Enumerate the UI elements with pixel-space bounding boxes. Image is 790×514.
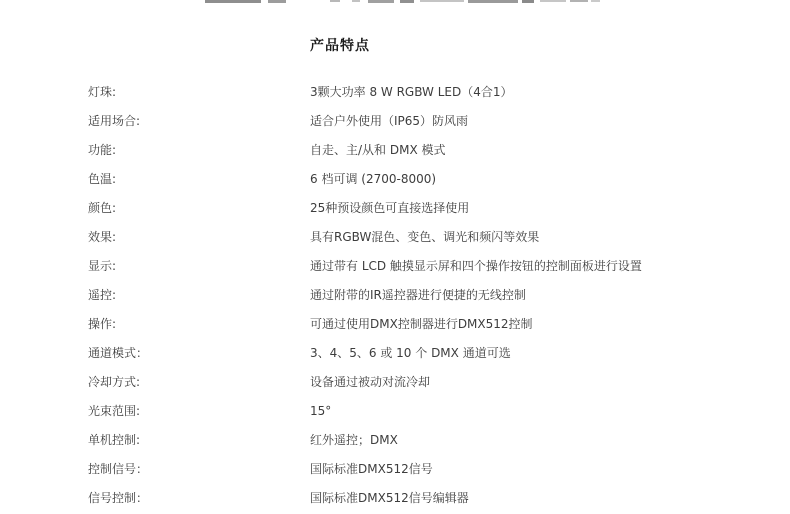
spec-label: 功能: <box>88 141 310 158</box>
spec-label: 颜色: <box>88 199 310 216</box>
text-fragment <box>368 0 394 3</box>
spec-label: 遥控: <box>88 286 310 303</box>
text-fragment <box>330 0 340 2</box>
spec-value: 15° <box>310 404 778 418</box>
text-fragment <box>570 0 588 2</box>
text-fragment <box>400 0 414 3</box>
spec-value: 3、4、5、6 或 10 个 DMX 通道可选 <box>310 344 778 361</box>
spec-value: 25种预设颜色可直接选择使用 <box>310 199 778 216</box>
text-fragment <box>205 0 261 3</box>
spec-value: 自走、主/从和 DMX 模式 <box>310 141 778 158</box>
spec-row-operation: 操作: 可通过使用DMX控制器进行DMX512控制 <box>88 309 778 338</box>
spec-row-remote: 遥控: 通过附带的IR遥控器进行便捷的无线控制 <box>88 280 778 309</box>
spec-row-lamp: 灯珠: 3颗大功率 8 W RGBW LED（4合1） <box>88 77 778 106</box>
spec-value: 通过带有 LCD 触摸显示屏和四个操作按钮的控制面板进行设置 <box>310 257 778 274</box>
spec-label: 显示: <box>88 257 310 274</box>
spec-row-occasion: 适用场合: 适合户外使用（IP65）防风雨 <box>88 106 778 135</box>
spec-label: 适用场合: <box>88 112 310 129</box>
spec-value: 国际标准DMX512信号编辑器 <box>310 489 778 506</box>
spec-value: 通过附带的IR遥控器进行便捷的无线控制 <box>310 286 778 303</box>
spec-label: 效果: <box>88 228 310 245</box>
spec-row-standalone-control: 单机控制: 红外遥控；DMX <box>88 425 778 454</box>
spec-label: 灯珠: <box>88 83 310 100</box>
spec-value: 可通过使用DMX控制器进行DMX512控制 <box>310 315 778 332</box>
text-fragment <box>540 0 566 2</box>
text-fragment <box>352 0 360 2</box>
spec-label: 控制信号： <box>88 460 310 477</box>
text-fragment <box>468 0 518 3</box>
text-fragment <box>420 0 464 2</box>
spec-label: 通道模式： <box>88 344 310 361</box>
product-features-page: 产品特点 灯珠: 3颗大功率 8 W RGBW LED（4合1） 适用场合: 适… <box>0 0 790 514</box>
spec-label: 操作: <box>88 315 310 332</box>
spec-value: 红外遥控；DMX <box>310 431 778 448</box>
spec-row-signal-control: 信号控制： 国际标准DMX512信号编辑器 <box>88 483 778 512</box>
spec-row-control-signal: 控制信号： 国际标准DMX512信号 <box>88 454 778 483</box>
spec-value: 适合户外使用（IP65）防风雨 <box>310 112 778 129</box>
spec-row-colors: 颜色: 25种预设颜色可直接选择使用 <box>88 193 778 222</box>
spec-value: 国际标准DMX512信号 <box>310 460 778 477</box>
spec-label: 光束范围: <box>88 402 310 419</box>
spec-label: 冷却方式: <box>88 373 310 390</box>
text-fragment <box>591 0 600 2</box>
spec-value: 3颗大功率 8 W RGBW LED（4合1） <box>310 83 778 100</box>
spec-label: 色温: <box>88 170 310 187</box>
spec-row-color-temp: 色温: 6 档可调 (2700-8000) <box>88 164 778 193</box>
text-fragment <box>522 0 534 3</box>
spec-row-cooling: 冷却方式: 设备通过被动对流冷却 <box>88 367 778 396</box>
spec-row-function: 功能: 自走、主/从和 DMX 模式 <box>88 135 778 164</box>
spec-value: 6 档可调 (2700-8000) <box>310 170 778 187</box>
spec-row-display: 显示: 通过带有 LCD 触摸显示屏和四个操作按钮的控制面板进行设置 <box>88 251 778 280</box>
spec-table: 灯珠: 3颗大功率 8 W RGBW LED（4合1） 适用场合: 适合户外使用… <box>88 77 778 512</box>
spec-row-channel-mode: 通道模式： 3、4、5、6 或 10 个 DMX 通道可选 <box>88 338 778 367</box>
spec-row-beam-angle: 光束范围: 15° <box>88 396 778 425</box>
spec-label: 信号控制： <box>88 489 310 506</box>
text-fragment <box>268 0 286 3</box>
page-title: 产品特点 <box>310 35 370 55</box>
spec-value: 具有RGBW混色、变色、调光和频闪等效果 <box>310 228 778 245</box>
clipped-top-text <box>0 0 790 5</box>
spec-row-effects: 效果: 具有RGBW混色、变色、调光和频闪等效果 <box>88 222 778 251</box>
spec-label: 单机控制: <box>88 431 310 448</box>
spec-value: 设备通过被动对流冷却 <box>310 373 778 390</box>
